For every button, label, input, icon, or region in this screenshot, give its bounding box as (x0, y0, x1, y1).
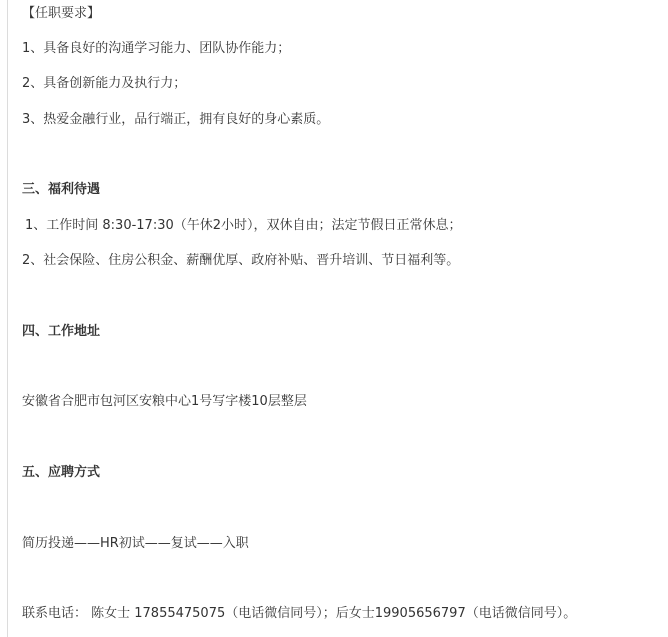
requirements-title: 【任职要求】 (22, 5, 100, 23)
application-process: 简历投递——HR初试——复试——入职 (22, 535, 249, 553)
benefit-item: 2、社会保险、住房公积金、薪酬优厚、政府补贴、晋升培训、节日福利等。 (22, 252, 459, 270)
application-heading: 五、应聘方式 (22, 464, 100, 482)
requirement-item: 3、热爱金融行业，品行端正，拥有良好的身心素质。 (22, 111, 329, 129)
address-text: 安徽省合肥市包河区安粮中心1号写字楼10层整层 (22, 393, 307, 411)
benefit-item: 1、工作时间 8:30-17:30（午休2小时），双休自由；法定节假日正常休息； (25, 217, 462, 235)
address-heading: 四、工作地址 (22, 323, 100, 341)
requirement-item: 2、具备创新能力及执行力； (22, 75, 186, 93)
benefits-heading: 三、福利待遇 (22, 181, 100, 199)
requirement-item: 1、具备良好的沟通学习能力、团队协作能力； (22, 40, 290, 58)
left-border-rule (7, 0, 8, 637)
contact-info: 联系电话： 陈女士 17855475075（电话微信同号）；后女士1990565… (22, 605, 576, 623)
